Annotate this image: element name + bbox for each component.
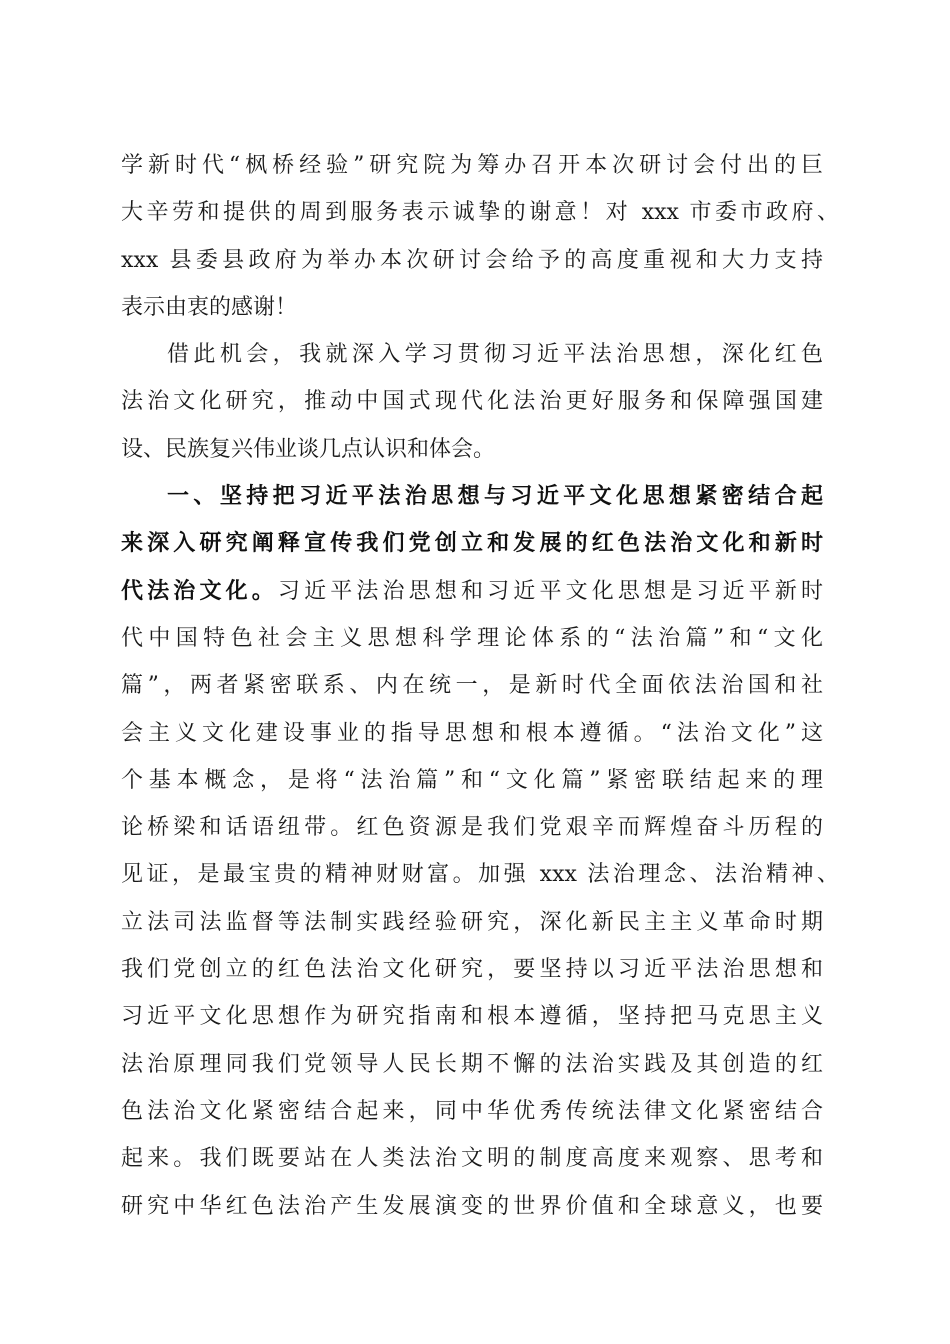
text-line: 论桥梁和话语纽带。红色资源是我们党艰辛而辉煌奋斗历程的 bbox=[121, 804, 823, 851]
document-page: 学新时代“枫桥经验”研究院为筹办召开本次研讨会付出的巨 大辛劳和提供的周到服务表… bbox=[0, 0, 950, 1344]
text-line: 表示由衷的感谢！ bbox=[121, 284, 823, 331]
text-line: 个基本概念，是将“法治篇”和“文化篇”紧密联结起来的理 bbox=[121, 757, 823, 804]
paragraph-thanks: 学新时代“枫桥经验”研究院为筹办召开本次研讨会付出的巨 大辛劳和提供的周到服务表… bbox=[121, 142, 823, 331]
section-body-start: 习近平法治思想和习近平文化思想是习近平新时 bbox=[278, 579, 823, 604]
text-line: 会主义文化建设事业的指导思想和根本遵循。“法治文化”这 bbox=[121, 710, 823, 757]
text-line: 我们党创立的红色法治文化研究，要坚持以习近平法治思想和 bbox=[121, 946, 823, 993]
text-line: 习近平文化思想作为研究指南和根本遵循，坚持把马克思主义 bbox=[121, 993, 823, 1040]
text-line: 借此机会，我就深入学习贯彻习近平法治思想，深化红色 bbox=[121, 331, 823, 378]
text-line: 色法治文化紧密结合起来，同中华优秀传统法律文化紧密结合 bbox=[121, 1088, 823, 1135]
text-line: xxx 县委县政府为举办本次研讨会给予的高度重视和大力支持 bbox=[121, 237, 823, 284]
document-body: 学新时代“枫桥经验”研究院为筹办召开本次研讨会付出的巨 大辛劳和提供的周到服务表… bbox=[121, 142, 823, 1230]
text-line: 学新时代“枫桥经验”研究院为筹办召开本次研讨会付出的巨 bbox=[121, 142, 823, 189]
text-line: 起来。我们既要站在人类法治文明的制度高度来观察、思考和 bbox=[121, 1135, 823, 1182]
paragraph-intro: 借此机会，我就深入学习贯彻习近平法治思想，深化红色 法治文化研究，推动中国式现代… bbox=[121, 331, 823, 473]
paragraph-section-one: 一、坚持把习近平法治思想与习近平文化思想紧密结合起 来深入研究阐释宣传我们党创立… bbox=[121, 473, 823, 1230]
section-heading-line: 来深入研究阐释宣传我们党创立和发展的红色法治文化和新时 bbox=[121, 520, 823, 567]
text-line: 立法司法监督等法制实践经验研究，深化新民主主义革命时期 bbox=[121, 899, 823, 946]
text-line: 见证，是最宝贵的精神财财富。加强 xxx 法治理念、法治精神、 bbox=[121, 851, 839, 898]
text-line: 法治原理同我们党领导人民长期不懈的法治实践及其创造的红 bbox=[121, 1041, 823, 1088]
section-heading-line: 一、坚持把习近平法治思想与习近平文化思想紧密结合起 bbox=[121, 473, 823, 520]
text-line: 法治文化研究，推动中国式现代化法治更好服务和保障强国建 bbox=[121, 378, 823, 425]
text-line: 代法治文化。习近平法治思想和习近平文化思想是习近平新时 bbox=[121, 568, 823, 615]
text-line: 大辛劳和提供的周到服务表示诚挚的谢意！对 xxx 市委市政府、 bbox=[121, 189, 839, 236]
text-line: 代中国特色社会主义思想科学理论体系的“法治篇”和“文化 bbox=[121, 615, 823, 662]
text-line: 篇”，两者紧密联系、内在统一，是新时代全面依法治国和社 bbox=[121, 662, 823, 709]
text-line: 设、民族复兴伟业谈几点认识和体会。 bbox=[121, 426, 823, 473]
text-line: 研究中华红色法治产生发展演变的世界价值和全球意义，也要 bbox=[121, 1183, 823, 1230]
section-heading-tail: 代法治文化。 bbox=[121, 579, 278, 604]
